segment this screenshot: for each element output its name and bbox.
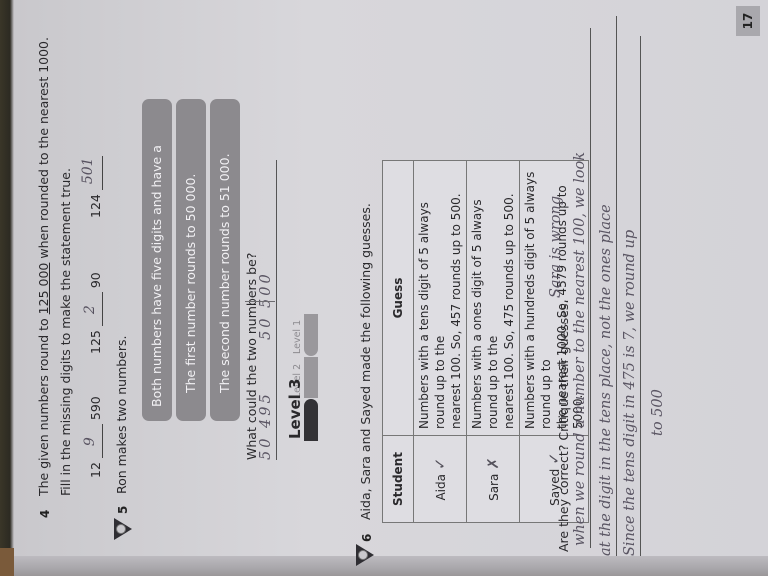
q4-item-2-prefix: 125 <box>88 330 103 354</box>
question-6-prompt: Aida, Sara and Sayed made the following … <box>358 203 373 520</box>
question-5-subprompt: What could the two numbers be? <box>244 253 259 460</box>
guess-line-2: nearest 100. So, 457 rounds up to 500. <box>448 167 464 429</box>
handwritten-answer-line-5[interactable]: to 500 <box>650 389 666 436</box>
handwritten-answer-line-4[interactable]: Since the tens digit in 475 is 7, we rou… <box>622 230 638 556</box>
q4-item-1-prefix: 12 <box>88 462 103 478</box>
handwritten-answer-line-2[interactable]: when we round a number to the nearest 10… <box>572 152 588 546</box>
level-1-bar <box>304 314 318 356</box>
level-3-bar-current <box>304 399 318 441</box>
divider-line <box>245 301 275 302</box>
student-name: Aida <box>434 474 448 501</box>
check-mark-icon: ✓ <box>431 457 449 470</box>
header-guess: Guess <box>383 161 414 436</box>
q4-item-2-answer: 2 <box>82 305 98 314</box>
q4-item-2-blank[interactable]: 2 <box>88 292 103 326</box>
q4-item-3-blank[interactable]: 501 <box>88 156 103 190</box>
handwritten-answer-line-3[interactable]: at the digit in the tens place, not the … <box>598 204 614 556</box>
q4-item-1: 12 9 590 <box>88 396 103 478</box>
clue-card-2: The first number rounds to 50 000. <box>176 99 206 421</box>
answer-line <box>616 16 617 556</box>
level-3-label: Level 3 <box>286 379 304 439</box>
q4-item-1-suffix: 590 <box>88 396 103 420</box>
page-number: 17 <box>736 6 760 36</box>
q4-underlined-number: 125 000 <box>36 263 51 315</box>
q4-item-3-prefix: 124 <box>88 194 103 218</box>
guess-line-1: Numbers with a tens digit of 5 always ro… <box>416 167 448 429</box>
q5-answer-1[interactable]: 50 495 <box>258 391 274 460</box>
q4-text-after: when rounded to the nearest 1000. <box>36 37 51 263</box>
critique-prompt: Are they correct? Critique their guesses… <box>556 300 571 552</box>
handwritten-answer-line-1[interactable]: Sara is wrong <box>548 196 564 298</box>
question-4-prompt: The given numbers round to 125 000 when … <box>36 37 51 496</box>
q4-item-1-answer: 9 <box>82 437 98 446</box>
question-4-number: 4 <box>38 510 52 518</box>
level-1-label: Level 1 <box>292 320 303 354</box>
worksheet-page: 4 The given numbers round to 125 000 whe… <box>0 0 768 576</box>
q4-item-3: 124 501 <box>88 156 103 218</box>
difficulty-dot-icon <box>116 524 126 534</box>
table-row: Sara✗ Numbers with a ones digit of 5 alw… <box>467 161 520 523</box>
table-row: Aida✓ Numbers with a tens digit of 5 alw… <box>414 161 467 523</box>
clue-card-3: The second number rounds to 51 000. <box>210 99 240 421</box>
q4-item-2-suffix: 90 <box>88 272 103 288</box>
clue-card-1: Both numbers have five digits and have a… <box>142 99 172 421</box>
q4-item-1-blank[interactable]: 9 <box>88 424 103 458</box>
q5-answer-2[interactable]: 50 500 <box>258 271 274 340</box>
q4-text-before: The given numbers round to <box>36 314 51 496</box>
question-4-instruction: Fill in the missing digits to make the s… <box>58 168 73 496</box>
q5-answer-line <box>276 160 277 460</box>
question-5-number: 5 <box>116 506 130 514</box>
cross-mark-icon: ✗ <box>484 457 502 470</box>
guess-line-1: Numbers with a ones digit of 5 always ro… <box>469 167 501 429</box>
q4-item-2: 125 2 90 <box>88 272 103 354</box>
question-5-prompt: Ron makes two numbers. <box>114 336 129 495</box>
question-6-number: 6 <box>360 534 374 542</box>
answer-line <box>590 28 591 548</box>
difficulty-dot-icon <box>358 550 368 560</box>
student-name: Sara <box>487 474 501 501</box>
answer-line <box>640 36 641 556</box>
guess-line-2: nearest 100. So, 475 rounds up to 500. <box>501 167 517 429</box>
header-student: Student <box>383 436 414 523</box>
level-2-bar <box>304 357 318 398</box>
q4-item-3-answer: 501 <box>80 157 96 184</box>
